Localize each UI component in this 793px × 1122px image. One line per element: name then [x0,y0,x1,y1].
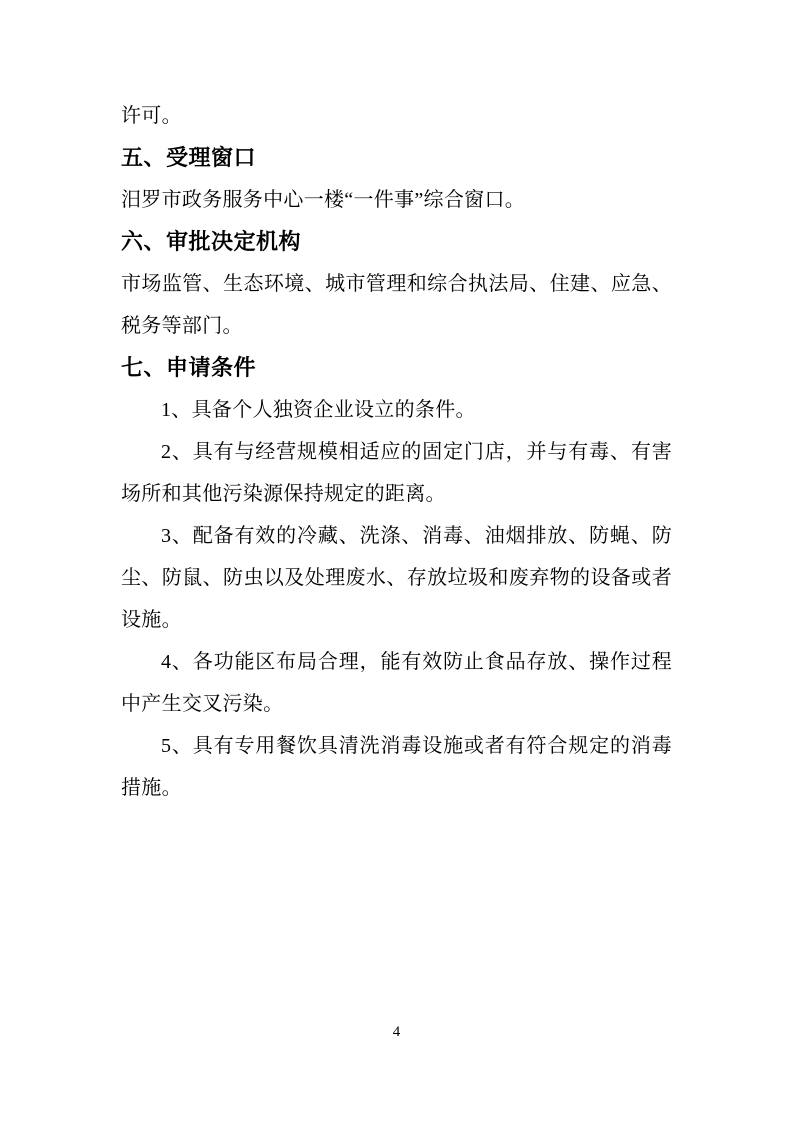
paragraph-approval-authority: 市场监管、生态环境、城市管理和综合执法局、住建、应急、税务等部门。 [121,263,672,347]
condition-item-5: 5、具有专用餐饮具清洗消毒设施或者有符合规定的消毒措施。 [121,725,672,809]
paragraph-acceptance-window: 汨罗市政务服务中心一楼“一件事”综合窗口。 [121,179,672,221]
condition-item-1: 1、具备个人独资企业设立的条件。 [121,389,672,431]
document-body: 许可。 五、受理窗口 汨罗市政务服务中心一楼“一件事”综合窗口。 六、审批决定机… [121,95,672,809]
condition-item-3: 3、配备有效的冷藏、洗涤、消毒、油烟排放、防蝇、防尘、防鼠、防虫以及处理废水、存… [121,515,672,641]
condition-item-2: 2、具有与经营规模相适应的固定门店，并与有毒、有害场所和其他污染源保持规定的距离… [121,431,672,515]
paragraph-continuation: 许可。 [121,95,672,137]
page-number: 4 [0,1022,793,1042]
section-heading-application-conditions: 七、申请条件 [121,347,672,389]
section-heading-acceptance-window: 五、受理窗口 [121,137,672,179]
condition-item-4: 4、各功能区布局合理，能有效防止食品存放、操作过程中产生交叉污染。 [121,641,672,725]
section-heading-approval-authority: 六、审批决定机构 [121,221,672,263]
document-page: 许可。 五、受理窗口 汨罗市政务服务中心一楼“一件事”综合窗口。 六、审批决定机… [0,0,793,1122]
